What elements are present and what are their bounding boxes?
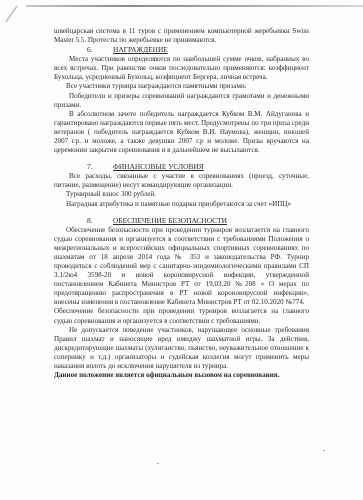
- section-heading-awards: 6.НАГРАЖДЕНИЕ: [54, 45, 309, 55]
- paragraph: Все участники турнира награждаются памят…: [54, 82, 309, 91]
- paragraph: Обеспечение безопасности при проведении …: [54, 307, 309, 325]
- section-title: НАГРАЖДЕНИЕ: [113, 45, 168, 54]
- document-body: швейцарская система в 11 туров с примене…: [54, 27, 309, 380]
- paragraph: В абсолютном зачете победитель награждае…: [54, 110, 309, 155]
- intro-paragraph: швейцарская система в 11 туров с примене…: [54, 27, 309, 45]
- paragraph: Наградная атрибутика и памятные подарки …: [54, 200, 309, 209]
- scanned-page-edge: [26, 5, 363, 7]
- closing-statement: Данное положение является официальным вы…: [54, 371, 309, 380]
- section-heading-safety: 8.ОБЕСПЕЧЕНИЕ БЕЗОПАСНОСТИ: [54, 216, 309, 226]
- scan-speck: [157, 463, 159, 464]
- paragraph: Все расходы, связанные с участие в сорев…: [54, 172, 309, 190]
- section-number: 7.: [87, 162, 113, 172]
- paragraph: Победители и призеры соревнований награж…: [54, 92, 309, 110]
- section-title: ОБЕСПЕЧЕНИЕ БЕЗОПАСНОСТИ: [113, 216, 227, 225]
- paragraph: Места участников определяются по наиболь…: [54, 55, 309, 82]
- paragraph: Не допускается поведение участников, нар…: [54, 326, 309, 371]
- section-number: 6.: [87, 45, 113, 55]
- paragraph: Обеспечение безопасности при проведении …: [54, 226, 309, 308]
- paragraph: Турнирный взнос 300 рублей.: [54, 190, 309, 199]
- section-title: ФИНАНСОВЫЕ УСЛОВИЯ: [113, 162, 204, 171]
- scanned-page-corner: [5, 6, 18, 22]
- scan-speck: [323, 450, 325, 451]
- section-heading-finance: 7.ФИНАНСОВЫЕ УСЛОВИЯ: [54, 162, 309, 172]
- section-number: 8.: [87, 216, 113, 226]
